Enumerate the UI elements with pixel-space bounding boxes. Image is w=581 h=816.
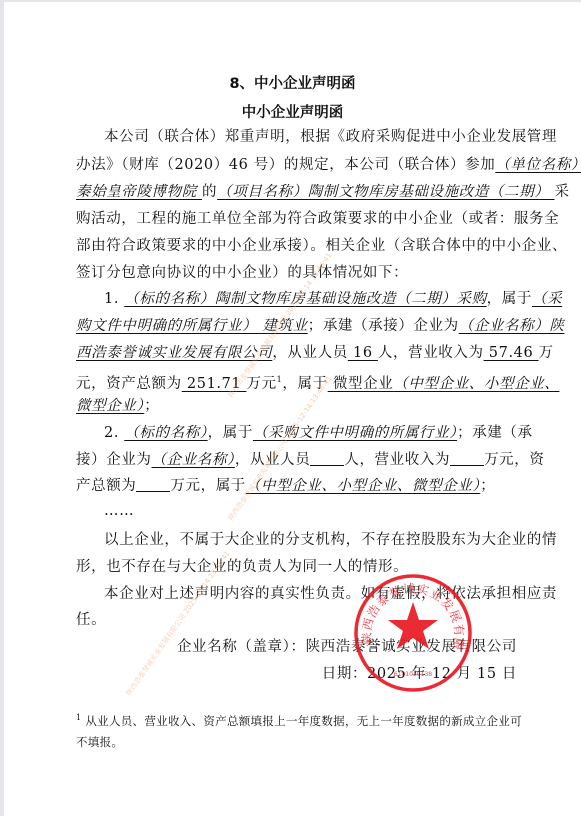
text: 从业人员、营业收入、资产总额填报上一年度数据，无上一年度数据的新成立企业可 [81,714,522,728]
item1-line-2: 购文件中明确的所属行业） 建筑业；承建（承接）企业为（企业名称）陕 [76,316,524,336]
text: ，属于 [487,291,532,307]
intro-line-3: 秦始皇帝陵博物院 的（项目名称）陶制文物库房基础设施改造（二期） 采 [76,182,524,202]
enterprise-name: 西浩泰誉诚实业发展有限公司 [76,345,272,361]
para2-line-1: 以上企业，不属于大企业的分支机构，不存在控股股东为大企业的情 [104,530,552,550]
unit-name-label: （单位名称） [495,157,581,173]
project-name: （项目名称）陶制文物库房基础设施改造（二期） [217,184,554,200]
text: 产总额为 [76,478,136,494]
document-page: 8、中小企业声明函 中小企业声明函 本公司（联合体）郑重声明，根据《政府采购促进… [4,2,581,816]
text: ，属于 [208,425,253,441]
text: ；承建（承接）企业为 [308,318,459,334]
intro-line-6: 签订分包意向协议的中小企业）的具体情况如下： [76,263,524,283]
size-options: 微型企业） [76,398,144,414]
para3-line-2: 任。 [76,610,524,630]
text: 采 [555,184,570,200]
text: ，从业人员 [272,345,348,361]
enterprise-size: 微型企业 [328,376,394,392]
intro-line-2: 办法》（财库（2020）46 号）的规定，本公司（联合体）参加（单位名称） [76,155,524,175]
item1-line-1: 1. （标的名称）陶制文物库房基础设施改造（二期）采购，属于（采 [104,289,552,309]
para3-line-1: 本企业对上述声明内容的真实性负责。如有虚假，将依法承担相应责 [104,584,552,604]
employees-value: 16 [348,345,378,361]
text: 万元，属于 [170,478,246,494]
item-number: 1. [104,291,119,307]
text: 万元 [246,376,276,392]
item1-line-4: 元，资产总额为 251.71 万元1，属于 微型企业（中型企业、小型企业、 [76,370,524,394]
subject-name: （标的名称） [124,425,207,441]
size-options: （中型企业、小型企业、微型企业） [246,478,480,494]
text: ；承建（承 [457,425,533,441]
assets-blank [136,477,170,492]
revenue-value: 57.46 [484,345,539,361]
intro-line-5: 部由符合政策要求的中小企业承接）。相关企业（含联合体中的中小企业、 [76,236,524,256]
para2-line-2: 形，也不存在与大企业的负责人为同一人的情形。 [76,557,524,577]
text: ； [144,398,159,414]
item-number: 2. [104,425,119,441]
employees-blank [310,451,344,466]
footnote-line-2: 不填报。 [76,730,526,754]
text: 万 [539,345,554,361]
signature-company: 企业名称（盖章）：陕西浩泰誉诚实业发展有限公司 [177,637,517,657]
revenue-blank [450,451,484,466]
industry: （采 [532,291,562,307]
footnote-line-1: 1 从业人员、营业收入、资产总额填报上一年度数据，无上一年度数据的新成立企业可 [76,706,526,733]
text: 元，资产总额为 [76,376,182,392]
item2-line-1: 2. （标的名称），属于（采购文件中明确的所属行业）；承建（承 [104,423,552,443]
signature-date: 日期：2025 年 12 月 15 日 [322,664,517,684]
enterprise-name: （企业名称） [152,452,235,468]
intro-line-1: 本公司（联合体）郑重声明，根据《政府采购促进中小企业发展管理 [104,127,552,147]
text: 万元，资 [484,452,544,468]
intro-line-4: 购活动，工程的施工单位全部为符合政策要求的中小企业（或者：服务全 [76,209,524,229]
size-options: （中型企业、小型企业、 [393,376,559,392]
text: 的 [202,184,217,200]
text: ； [480,478,495,494]
item1-line-3: 西浩泰誉诚实业发展有限公司，从业人员 16 人，营业收入为 57.46 万 [76,343,524,363]
text: 接）企业为 [76,452,152,468]
text: 办法》（财库（2020）46 号）的规定，本公司（联合体）参加 [76,157,495,173]
section-title: 8、中小企业声明函 [4,72,581,93]
text: 人，营业收入为 [344,452,450,468]
document-title: 中小企业声明函 [4,101,581,122]
ellipsis: …… [104,501,552,521]
item2-line-2: 接）企业为（企业名称），从业人员人，营业收入为万元，资 [76,450,524,470]
text: 人，营业收入为 [378,345,484,361]
unit-name-value: 秦始皇帝陵博物院 [76,184,202,200]
item2-line-3: 产总额为万元，属于（中型企业、小型企业、微型企业）； [76,476,524,496]
enterprise-name: （企业名称）陕 [459,318,565,334]
